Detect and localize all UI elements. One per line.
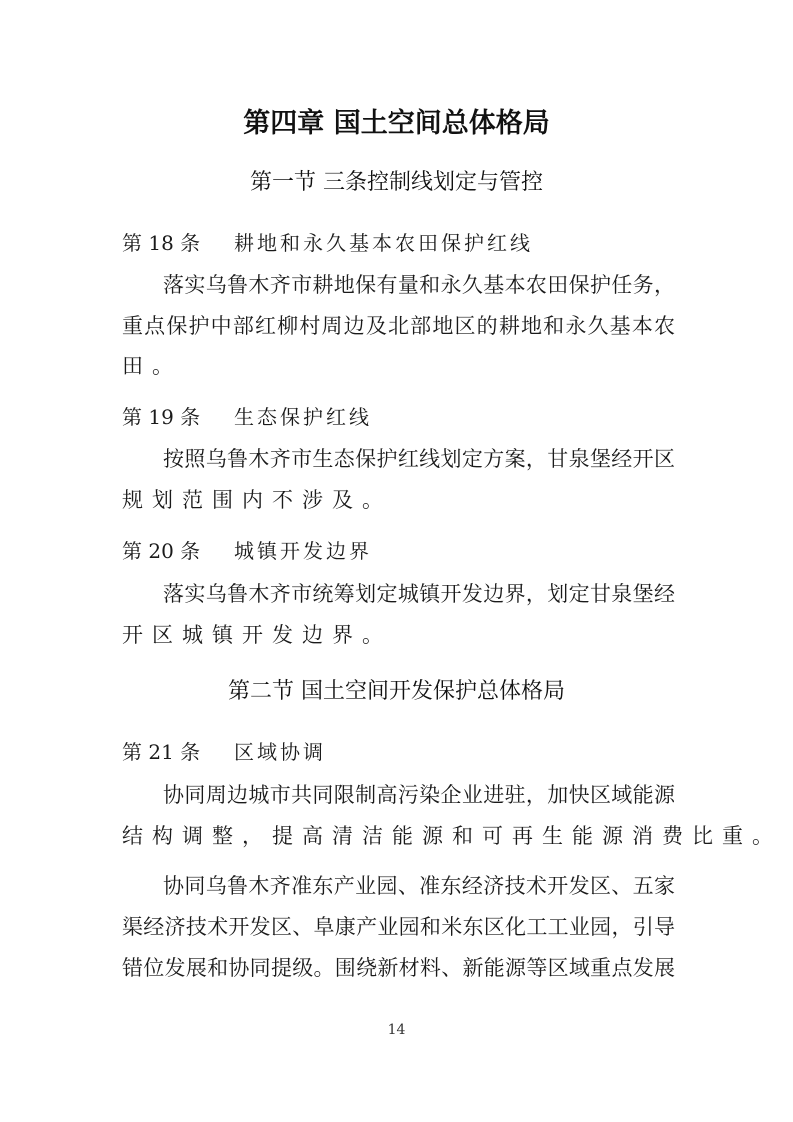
article-name: 城镇开发边界 [234,536,372,566]
document-page: 第四章 国土空间总体格局 第一节 三条控制线划定与管控 第 18 条耕地和永久基… [0,0,793,1122]
paragraph-line: 开区城镇开发边界。 [122,620,675,650]
article-heading: 第 18 条耕地和永久基本农田保护红线 [122,228,533,258]
article-heading: 第 20 条城镇开发边界 [122,536,372,566]
paragraph-line: 田。 [122,351,675,381]
paragraph-line: 落实乌鲁木齐市统筹划定城镇开发边界，划定甘泉堡经 [163,579,675,609]
article-heading: 第 21 条区域协调 [122,737,326,767]
article-number: 第 19 条 [122,402,234,432]
article-heading: 第 19 条生态保护红线 [122,402,372,432]
chapter-title: 第四章 国土空间总体格局 [0,106,793,142]
article-number: 第 20 条 [122,536,234,566]
paragraph-line: 规划范围内不涉及。 [122,485,675,515]
paragraph-line: 按照乌鲁木齐市生态保护红线划定方案，甘泉堡经开区 [163,444,675,474]
paragraph-line: 渠经济技术开发区、阜康产业园和米东区化工工业园，引导 [122,912,675,942]
article-name: 区域协调 [234,737,326,767]
paragraph-line: 协同乌鲁木齐准东产业园、准东经济技术开发区、五家 [163,871,675,901]
page-number: 14 [0,1020,793,1040]
section-title: 第一节 三条控制线划定与管控 [0,168,793,198]
article-name: 生态保护红线 [234,402,372,432]
article-number: 第 21 条 [122,737,234,767]
paragraph-line: 协同周边城市共同限制高污染企业进驻，加快区域能源 [163,780,675,810]
article-number: 第 18 条 [122,228,234,258]
section-title: 第二节 国土空间开发保护总体格局 [0,677,793,707]
paragraph-line: 重点保护中部红柳村周边及北部地区的耕地和永久基本农 [122,311,675,341]
paragraph-line: 结构调整，提高清洁能源和可再生能源消费比重。 [122,821,675,851]
paragraph-line: 落实乌鲁木齐市耕地保有量和永久基本农田保护任务， [163,270,675,300]
paragraph-line: 错位发展和协同提级。围绕新材料、新能源等区域重点发展 [122,953,675,983]
article-name: 耕地和永久基本农田保护红线 [234,228,533,258]
